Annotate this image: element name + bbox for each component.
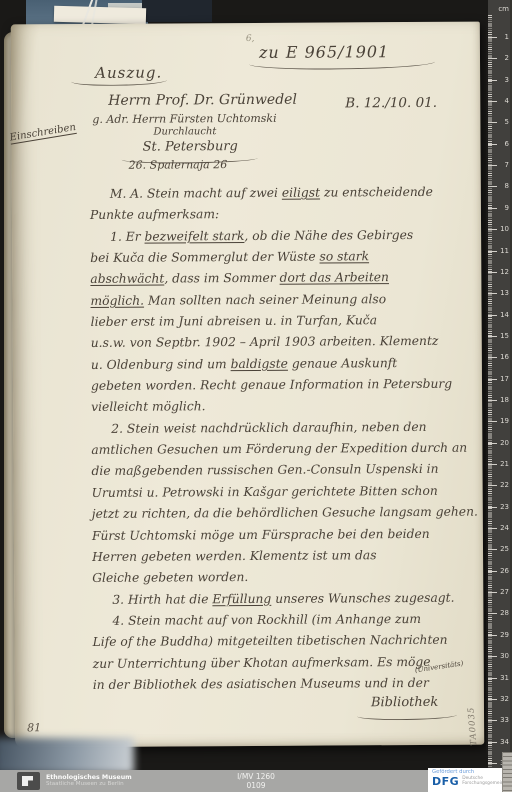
phrase: u. Oldenburg sind um — [91, 357, 231, 372]
phrase: , ob die Nähe des Gebirges — [244, 228, 413, 243]
ruler-cm-label: 17 — [500, 375, 509, 383]
handwriting-line: u. Oldenburg sind um baldigste genaue Au… — [91, 352, 477, 376]
ruler-cm-label: 26 — [500, 567, 509, 575]
handwriting-line: 4. Stein macht auf von Rockhill (im Anha… — [92, 608, 478, 632]
phrase: zu entscheidende — [320, 185, 433, 200]
ruler-cm-tick — [488, 208, 497, 209]
handwriting-line: gebeten worden. Recht genaue Information… — [91, 374, 477, 398]
ruler-cm-tick — [488, 656, 497, 657]
ruler-cm-label: 11 — [500, 247, 509, 255]
ruler-cm-label: 20 — [500, 439, 509, 447]
ruler-cm-tick — [488, 144, 497, 145]
ruler-cm-label: 22 — [500, 481, 509, 489]
ruler-cm-tick — [488, 80, 497, 81]
book-spine-block — [142, 0, 212, 22]
ruler-cm-tick — [488, 251, 497, 252]
manuscript-page: 6, zu E 965/1901 Auszug. Herrn Prof. Dr.… — [11, 22, 484, 748]
ruler-cm-tick — [488, 720, 497, 721]
underlined-phrase: möglich. — [90, 293, 144, 307]
ruler-cm-tick — [488, 592, 497, 593]
handwriting-line: in der Bibliothek des asiatischen Museum… — [93, 672, 479, 696]
ruler-cm-label: 19 — [500, 417, 509, 425]
ruler-cm-label: 7 — [505, 161, 509, 169]
handwriting-line: möglich. Man sollten nach seiner Meinung… — [90, 288, 476, 312]
phrase: Gleiche gebeten worden. — [92, 570, 248, 585]
ruler-cm-label: 8 — [505, 182, 509, 190]
handwriting-line: amtlichen Gesuchen um Förderung der Expe… — [91, 438, 477, 462]
ruler-cm-label: 33 — [500, 716, 509, 724]
handwriting-line: die maßgebenden russischen Gen.-Consuln … — [91, 459, 477, 483]
ruler-cm-tick — [488, 229, 497, 230]
ruler-bottom-edge — [502, 752, 512, 792]
ruler-cm-label: 6 — [505, 140, 509, 148]
ruler-cm-label: 9 — [505, 204, 509, 212]
phrase: gebeten worden. Recht genaue Information… — [91, 377, 452, 393]
phrase: Urumtsi u. Petrowski in Kašgar gerichtet… — [92, 484, 438, 500]
phrase: 4. Stein macht auf von Rockhill (im Anha… — [112, 612, 421, 628]
scanned-document-viewer: 6, zu E 965/1901 Auszug. Herrn Prof. Dr.… — [0, 0, 512, 792]
handwriting-line: jetzt zu richten, da die behördlichen Ge… — [92, 502, 478, 526]
ruler-cm-label: 3 — [505, 76, 509, 84]
ruler-cm-label: 16 — [500, 353, 509, 361]
underlying-page-edge — [54, 6, 146, 24]
handwriting-line: 2. Stein weist nachdrücklich daraufhin, … — [91, 416, 477, 440]
ruler-cm-tick — [488, 315, 497, 316]
phrase: Herren gebeten werden. Klementz ist um d… — [92, 548, 377, 564]
pencil-annotation: 6, — [246, 34, 255, 44]
ruler-cm-tick — [488, 507, 497, 508]
underlined-phrase: abschwächt — [90, 272, 164, 286]
phrase: Fürst Uchtomski möge um Fürsprache bei d… — [92, 526, 430, 542]
book-edge-blur — [0, 738, 134, 774]
phrase: 2. Stein weist nachdrücklich daraufhin, … — [111, 420, 426, 436]
ruler-cm-label: 27 — [500, 588, 509, 596]
ruler-cm-tick — [488, 443, 497, 444]
ruler-cm-tick — [488, 699, 497, 700]
recipient-line: Herrn Prof. Dr. Grünwedel — [108, 92, 297, 109]
handwriting-line: u.s.w. von Septbr. 1902 – April 1903 arb… — [91, 331, 477, 355]
phrase: bei Kuča die Sommerglut der Wüste — [90, 250, 319, 265]
dfg-logo: DFG — [432, 776, 459, 788]
handwriting-line: Gleiche gebeten worden. — [92, 566, 478, 590]
date-note: B. 12./10. 01. — [345, 95, 437, 112]
phrase: amtlichen Gesuchen um Förderung der Expe… — [91, 441, 467, 457]
ruler-cm-tick — [488, 400, 497, 401]
phrase: lieber erst im Juni abreisen u. in Turfa… — [91, 313, 377, 329]
underlined-phrase: bezweifelt stark — [144, 229, 244, 244]
ruler-cm-tick — [488, 763, 497, 764]
ruler-cm-label: 34 — [500, 738, 509, 746]
ruler-cm-label: 4 — [505, 97, 509, 105]
handwriting-line: bei Kuča die Sommerglut der Wüste so sta… — [90, 246, 476, 270]
handwriting-line: 1. Er bezweifelt stark, ob die Nähe des … — [90, 224, 476, 248]
ruler-cm-label: 29 — [500, 631, 509, 639]
handwriting-line: 3. Hirth hat die Erfüllung unseres Wunsc… — [92, 587, 478, 611]
underlined-phrase: baldigste — [231, 357, 288, 371]
phrase: jetzt zu richten, da die behördlichen Ge… — [92, 505, 478, 521]
phrase: genaue Auskunft — [288, 356, 397, 371]
ruler-cm-tick — [488, 101, 497, 102]
ruler-cm-tick — [488, 379, 497, 380]
ruler-cm-label: 5 — [505, 118, 509, 126]
phrase: die maßgebenden russischen Gen.-Consuln … — [91, 462, 438, 478]
ruler-cm-label: 24 — [500, 524, 509, 532]
handwriting-line: vielleicht möglich. — [91, 395, 477, 419]
address-line: Durchlaucht — [153, 126, 216, 137]
signature-word: Bibliothek — [371, 695, 438, 710]
address-line: 26. Spalernaja 26 — [129, 158, 228, 172]
ruler-cm-label: 12 — [500, 268, 509, 276]
margin-note: Einschreiben — [9, 122, 77, 144]
phrase: Punkte aufmerksam: — [90, 208, 219, 223]
ruler-cm-label: 10 — [500, 225, 509, 233]
address-line: St. Petersburg — [143, 139, 238, 155]
ruler-cm-tick — [488, 528, 497, 529]
measurement-ruler: cm 1234567891011121314151617181920212223… — [486, 0, 512, 792]
ruler-cm-tick — [488, 336, 497, 337]
phrase: 1. Er — [110, 229, 144, 243]
ruler-cm-tick — [488, 678, 497, 679]
phrase: in der Bibliothek des asiatischen Museum… — [93, 676, 429, 692]
ruler-cm-label: 30 — [500, 652, 509, 660]
ruler-cm-label: 13 — [500, 289, 509, 297]
dfg-logo-row: DFG Deutsche Forschungsgemeinschaft — [432, 776, 505, 788]
ruler-cm-label: 15 — [500, 332, 509, 340]
phrase: zur Unterrichtung über Khotan aufmerksam… — [93, 654, 431, 670]
handwriting-line: Urumtsi u. Petrowski in Kašgar gerichtet… — [92, 480, 478, 504]
ruler-minor-ticks — [488, 15, 492, 767]
ruler-cm-tick — [488, 122, 497, 123]
handwriting-line: M. A. Stein macht auf zwei eiligst zu en… — [90, 182, 476, 206]
ruler-cm-tick — [488, 421, 497, 422]
ruler-cm-tick — [488, 58, 497, 59]
ruler-cm-tick — [488, 357, 497, 358]
dfg-funding-badge: Gefördert durch DFG Deutsche Forschungsg… — [428, 768, 505, 792]
underlined-phrase: so stark — [319, 249, 369, 263]
phrase: 3. Hirth hat die — [112, 592, 212, 607]
ruler-cm-label: 28 — [500, 609, 509, 617]
ruler-cm-tick — [488, 571, 497, 572]
ruler-cm-tick — [488, 742, 497, 743]
ruler-unit-label: cm — [498, 5, 509, 13]
phrase: vielleicht möglich. — [91, 400, 206, 415]
ruler-cm-tick — [488, 485, 497, 486]
underlined-phrase: dort das Arbeiten — [280, 271, 389, 286]
ruler-cm-tick — [488, 635, 497, 636]
phrase: M. A. Stein macht auf zwei — [110, 186, 282, 201]
ruler-cm-label: 18 — [500, 396, 509, 404]
ruler-cm-label: 25 — [500, 545, 509, 553]
ruler-cm-label: 14 — [500, 311, 509, 319]
handwriting-line: Life of the Buddha) mitgeteilten tibetis… — [93, 630, 479, 654]
handwriting-line: Fürst Uchtomski möge um Fürsprache bei d… — [92, 523, 478, 547]
ruler-cm-tick — [488, 186, 497, 187]
flourish-underline — [357, 711, 457, 721]
ruler-cm-tick — [488, 293, 497, 294]
ruler-cm-tick — [488, 613, 497, 614]
ruler-cm-tick — [488, 37, 497, 38]
phrase: Man sollten nach seiner Meinung also — [144, 292, 386, 307]
ruler-cm-tick — [488, 272, 497, 273]
flourish-underline — [249, 56, 435, 70]
ruler-cm-tick — [488, 549, 497, 550]
flourish-underline — [71, 75, 167, 86]
handwriting-line: abschwächt, dass im Sommer dort das Arbe… — [90, 267, 476, 291]
ruler-cm-label: 32 — [500, 695, 509, 703]
phrase: Life of the Buddha) mitgeteilten tibetis… — [93, 633, 448, 649]
ruler-cm-label: 21 — [500, 460, 509, 468]
handwriting-line: Punkte aufmerksam: — [90, 203, 476, 227]
handwriting-line: lieber erst im Juni abreisen u. in Turfa… — [91, 310, 477, 334]
phrase: u.s.w. von Septbr. 1902 – April 1903 arb… — [91, 334, 439, 350]
ruler-cm-tick — [488, 464, 497, 465]
phrase: unseres Wunsches zugesagt. — [271, 590, 454, 605]
ruler-cm-label: 31 — [500, 674, 509, 682]
underlined-phrase: Erfüllung — [212, 591, 271, 605]
ruler-cm-label: 2 — [505, 54, 509, 62]
page-number: 81 — [27, 721, 41, 734]
underlined-phrase: eiligst — [282, 186, 320, 200]
handwriting-line: Herren gebeten werden. Klementz ist um d… — [92, 544, 478, 568]
address-line: g. Adr. Herrn Fürsten Uchtomski — [92, 112, 276, 126]
phrase: , dass im Sommer — [164, 271, 279, 286]
ruler-cm-label: 1 — [505, 33, 509, 41]
ruler-cm-tick — [488, 165, 497, 166]
ruler-cm-label: 23 — [500, 503, 509, 511]
handwriting-lines: M. A. Stein macht auf zwei eiligst zu en… — [90, 182, 479, 697]
